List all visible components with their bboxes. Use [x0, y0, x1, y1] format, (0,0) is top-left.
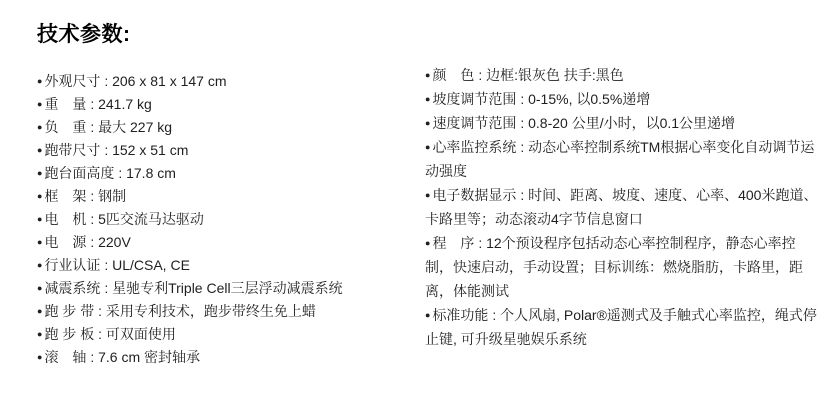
spec-text: 跑 步 带 : 采用专利技术，跑步带终生免上蜡 [44, 303, 315, 319]
spec-text: 速度调节范围 : 0.8-20 公里/小时，以0.1公里递增 [432, 115, 735, 131]
spec-sheet: 技术参数: ●外观尺寸 : 206 x 81 x 147 cm ●重 量 : 2… [0, 0, 829, 369]
spec-text: 框 架 : 钢制 [44, 188, 126, 204]
spec-columns: ●外观尺寸 : 206 x 81 x 147 cm ●重 量 : 241.7 k… [37, 70, 829, 369]
spec-item-max-load: ●负 重 : 最大 227 kg [37, 116, 425, 139]
spec-text: 减震系统 : 星驰专利Triple Cell三层浮动减震系统 [44, 280, 342, 296]
spec-text: 外观尺寸 : 206 x 81 x 147 cm [44, 73, 226, 89]
spec-item-running-belt: ●跑 步 带 : 采用专利技术，跑步带终生免上蜡 [37, 300, 425, 323]
bullet-icon: ● [37, 306, 42, 316]
bullet-icon: ● [425, 310, 430, 320]
spec-text: 行业认证 : UL/CSA, CE [44, 257, 189, 273]
bullet-icon: ● [37, 329, 42, 339]
spec-item-color: ●颜 色 : 边框:银灰色 扶手:黑色 [425, 63, 823, 87]
spec-item-rollers: ●滚 轴 : 7.6 cm 密封轴承 [37, 346, 425, 369]
spec-item-belt-size: ●跑带尺寸 : 152 x 51 cm [37, 139, 425, 162]
spec-item-certification: ●行业认证 : UL/CSA, CE [37, 254, 425, 277]
spec-item-running-deck: ●跑 步 板 : 可双面使用 [37, 323, 425, 346]
spec-item-standard-features: ●标准功能 : 个人风扇, Polar®遥测式及手触式心率监控，绳式停止键, 可… [425, 303, 823, 351]
spec-item-frame: ●框 架 : 钢制 [37, 185, 425, 208]
bullet-icon: ● [425, 94, 430, 104]
spec-text: 电子数据显示 : 时间、距离、坡度、速度、心率、400米跑道、卡路里等；动态滚动… [425, 187, 817, 227]
spec-text: 标准功能 : 个人风扇, Polar®遥测式及手触式心率监控，绳式停止键, 可升… [425, 307, 817, 347]
spec-column-right: ●颜 色 : 边框:银灰色 扶手:黑色 ●坡度调节范围 : 0-15%, 以0.… [425, 63, 823, 351]
spec-text: 跑 步 板 : 可双面使用 [44, 326, 175, 342]
spec-text: 跑台面高度 : 17.8 cm [44, 165, 175, 181]
spec-column-left: ●外观尺寸 : 206 x 81 x 147 cm ●重 量 : 241.7 k… [37, 70, 425, 369]
bullet-icon: ● [37, 99, 42, 109]
bullet-icon: ● [425, 238, 430, 248]
bullet-icon: ● [37, 168, 42, 178]
page-title: 技术参数: [37, 22, 829, 48]
spec-item-display: ●电子数据显示 : 时间、距离、坡度、速度、心率、400米跑道、卡路里等；动态滚… [425, 183, 823, 231]
bullet-icon: ● [37, 352, 42, 362]
spec-item-motor: ●电 机 : 5匹交流马达驱动 [37, 208, 425, 231]
spec-item-power: ●电 源 : 220V [37, 231, 425, 254]
spec-text: 坡度调节范围 : 0-15%, 以0.5%递增 [432, 91, 650, 107]
spec-item-deck-height: ●跑台面高度 : 17.8 cm [37, 162, 425, 185]
spec-item-weight: ●重 量 : 241.7 kg [37, 93, 425, 116]
spec-text: 颜 色 : 边框:银灰色 扶手:黑色 [432, 67, 623, 83]
bullet-icon: ● [425, 142, 430, 152]
bullet-icon: ● [37, 76, 42, 86]
spec-item-heart-rate-system: ●心率监控系统 : 动态心率控制系统TM根据心率变化自动调节运动强度 [425, 135, 823, 183]
bullet-icon: ● [425, 190, 430, 200]
spec-item-cushioning: ●减震系统 : 星驰专利Triple Cell三层浮动减震系统 [37, 277, 425, 300]
bullet-icon: ● [37, 237, 42, 247]
spec-text: 电 源 : 220V [44, 234, 130, 250]
spec-item-incline-range: ●坡度调节范围 : 0-15%, 以0.5%递增 [425, 87, 823, 111]
spec-item-programs: ●程 序 : 12个预设程序包括动态心率控制程序，静态心率控制，快速启动，手动设… [425, 231, 823, 303]
bullet-icon: ● [37, 214, 42, 224]
spec-text: 负 重 : 最大 227 kg [44, 119, 172, 135]
bullet-icon: ● [37, 283, 42, 293]
spec-text: 重 量 : 241.7 kg [44, 96, 151, 112]
bullet-icon: ● [37, 260, 42, 270]
spec-text: 滚 轴 : 7.6 cm 密封轴承 [44, 349, 200, 365]
spec-text: 电 机 : 5匹交流马达驱动 [44, 211, 203, 227]
bullet-icon: ● [37, 191, 42, 201]
spec-text: 心率监控系统 : 动态心率控制系统TM根据心率变化自动调节运动强度 [425, 139, 814, 179]
bullet-icon: ● [425, 118, 430, 128]
spec-item-dimensions: ●外观尺寸 : 206 x 81 x 147 cm [37, 70, 425, 93]
bullet-icon: ● [37, 122, 42, 132]
bullet-icon: ● [425, 70, 430, 80]
spec-text: 程 序 : 12个预设程序包括动态心率控制程序，静态心率控制，快速启动，手动设置… [425, 235, 803, 299]
spec-item-speed-range: ●速度调节范围 : 0.8-20 公里/小时，以0.1公里递增 [425, 111, 823, 135]
spec-text: 跑带尺寸 : 152 x 51 cm [44, 142, 188, 158]
bullet-icon: ● [37, 145, 42, 155]
